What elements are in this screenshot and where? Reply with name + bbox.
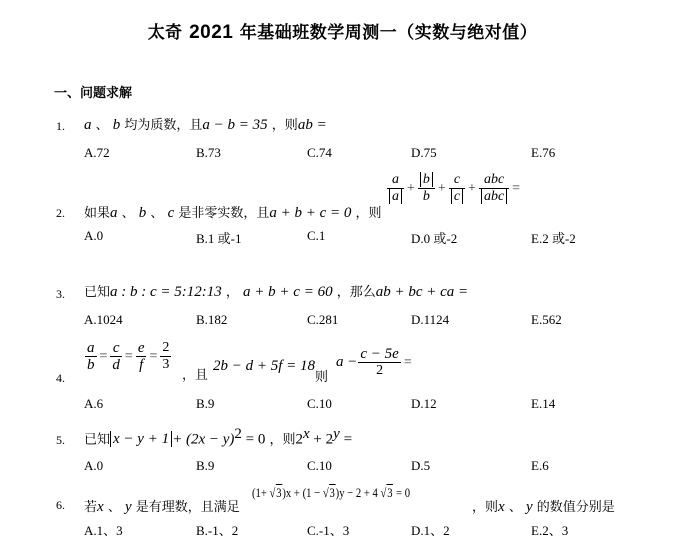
- question-ask: ab + bc + ca =: [376, 284, 468, 300]
- option-b[interactable]: B.182: [196, 312, 227, 328]
- option-b[interactable]: B.1 或-1: [196, 228, 242, 247]
- equals-sign: =: [149, 349, 157, 364]
- question-stem: a 、 b 均为质数，且a − b = 35 ，则ab =: [84, 114, 327, 134]
- stem-text: 已知: [84, 432, 110, 447]
- equals-sign: =: [125, 349, 133, 364]
- question-number: 5.: [56, 433, 65, 448]
- plus-sign: +: [468, 181, 476, 196]
- radicand: 3: [275, 484, 282, 500]
- exponent: 2: [234, 426, 242, 442]
- stem-text: ，则: [351, 206, 381, 221]
- numerator: a: [387, 172, 404, 189]
- fraction: ab: [85, 340, 97, 373]
- option-e[interactable]: E.76: [531, 145, 555, 161]
- denominator: 3: [160, 357, 171, 373]
- option-d[interactable]: D.0 或-2: [411, 228, 457, 247]
- option-b[interactable]: B.-1、2: [196, 520, 238, 539]
- option-e[interactable]: E.2、3: [531, 520, 568, 539]
- equation-part: = 0: [393, 485, 410, 500]
- separator: 、: [146, 206, 163, 221]
- var-y: y: [125, 499, 132, 515]
- fraction: ef: [136, 340, 147, 373]
- option-b[interactable]: B.9: [196, 396, 214, 412]
- question-ask: a −c − 5e2=: [336, 346, 414, 379]
- option-e[interactable]: E.14: [531, 396, 555, 412]
- question-number: 1.: [56, 119, 65, 134]
- equation: a + b + c = 0: [269, 205, 351, 221]
- option-c[interactable]: C.10: [307, 396, 332, 412]
- equation-part: (1+ √: [252, 485, 275, 500]
- exponent: y: [333, 426, 340, 442]
- var-a: a: [110, 205, 118, 221]
- equation-part: )x + (1 − √: [282, 485, 328, 500]
- options-6: A.1、3 B.-1、2 C.-1、3 D.1、2 E.2、3: [0, 520, 685, 538]
- option-a[interactable]: A.6: [84, 396, 103, 412]
- separator: 、: [92, 118, 109, 133]
- var-x: x: [97, 499, 104, 515]
- option-a[interactable]: A.72: [84, 145, 110, 161]
- stem-text: 的数值分别是: [533, 500, 615, 515]
- equals-sign: =: [100, 349, 108, 364]
- equation: + (2x − y): [172, 431, 234, 447]
- option-e[interactable]: E.2 或-2: [531, 228, 576, 247]
- stem-text: ，则: [265, 432, 295, 447]
- numerator: c − 5e: [358, 346, 400, 363]
- denominator: abc: [481, 189, 507, 204]
- equation: (1+ √3)x + (1 − √3)y − 2 + 4 √3 = 0: [252, 485, 410, 501]
- equation: 2b − d + 5f = 18: [213, 358, 315, 375]
- fraction: bb: [418, 172, 435, 205]
- document-title: 太奇 2021 年基础班数学周测一（实数与绝对值）: [0, 18, 685, 44]
- separator: 、: [118, 206, 135, 221]
- option-c[interactable]: C.1: [307, 228, 325, 244]
- numerator: e: [136, 340, 147, 357]
- question-number: 3.: [56, 287, 65, 302]
- separator: 、: [505, 500, 522, 515]
- separator: ，: [222, 285, 243, 300]
- denominator: 2: [358, 363, 400, 379]
- stem-text: 已知: [84, 285, 110, 300]
- title-prefix: 太奇: [148, 23, 189, 43]
- fraction: 23: [160, 340, 171, 373]
- question-stem: 若x 、 y 是有理数，且满足: [84, 496, 240, 516]
- option-d[interactable]: D.1124: [411, 312, 449, 328]
- question-number: 2.: [56, 206, 65, 221]
- var-a: a: [84, 117, 92, 133]
- separator: 、: [104, 500, 121, 515]
- stem-text: 是有理数，且满足: [132, 500, 240, 515]
- equation: a : b : c = 5:12:13: [110, 284, 222, 300]
- stem-text: ，且: [182, 364, 208, 383]
- option-d[interactable]: D.5: [411, 458, 430, 474]
- question-stem: 已知a : b : c = 5:12:13 ， a + b + c = 60 ，…: [84, 281, 468, 301]
- denominator: b: [418, 189, 435, 205]
- absolute-value: x − y + 1: [110, 431, 172, 447]
- option-c[interactable]: C.-1、3: [307, 520, 349, 539]
- options-4: A.6 B.9 C.10 D.12 E.14: [0, 396, 685, 414]
- numerator: a: [85, 340, 97, 357]
- stem-text: 是非零实数，且: [174, 206, 269, 221]
- fraction: cc: [449, 172, 465, 205]
- question-stem: 已知x − y + 1+ (2x − y)2 = 0 ，则2x + 2y =: [84, 426, 352, 448]
- stem-text: ，那么: [333, 285, 376, 300]
- var-y: y: [526, 499, 533, 515]
- equation: = 0: [242, 431, 265, 447]
- title-suffix: 年基础班数学周测一（实数与绝对值）: [233, 23, 537, 43]
- equation-part: )y − 2 + 4 √: [336, 485, 387, 500]
- option-a[interactable]: A.1024: [84, 312, 123, 328]
- denominator: f: [136, 357, 147, 373]
- question-stem: 如果a 、 b 、 c 是非零实数，且a + b + c = 0 ，则: [84, 202, 382, 222]
- equals-sign: =: [512, 181, 520, 196]
- option-e[interactable]: E.562: [531, 312, 562, 328]
- equation: a + b + c = 60: [243, 284, 333, 300]
- question-number: 6.: [56, 498, 65, 513]
- question-ask: ab =: [298, 117, 327, 133]
- option-d[interactable]: D.12: [411, 396, 437, 412]
- option-c[interactable]: C.74: [307, 145, 332, 161]
- stem-text: ，则: [268, 118, 298, 133]
- option-a[interactable]: A.1、3: [84, 520, 123, 539]
- ratio-expression: ab=cd=ef=23: [84, 340, 172, 373]
- numerator: abc: [479, 172, 509, 189]
- stem-text: 若: [84, 500, 97, 515]
- title-year: 2021: [189, 22, 233, 43]
- denominator: c: [451, 189, 463, 204]
- fraction: aa: [387, 172, 404, 205]
- radicand: 3: [329, 484, 336, 500]
- stem-text: 则: [315, 366, 328, 385]
- stem-text: 均为质数，且: [120, 118, 202, 133]
- option-b[interactable]: B.9: [196, 458, 214, 474]
- option-c[interactable]: C.281: [307, 312, 338, 328]
- stem-text: 如果: [84, 206, 110, 221]
- equation: a − b = 35: [202, 117, 267, 133]
- exponent: x: [303, 426, 310, 442]
- option-c[interactable]: C.10: [307, 458, 332, 474]
- question-number: 4.: [56, 371, 65, 386]
- numerator: c: [449, 172, 465, 189]
- option-a[interactable]: A.0: [84, 458, 103, 474]
- options-2: A.0 B.1 或-1 C.1 D.0 或-2 E.2 或-2: [0, 228, 685, 246]
- denominator: b: [85, 357, 97, 373]
- ask-term: a −: [336, 354, 357, 370]
- stem-text: ，则: [472, 500, 498, 515]
- plus-sign: +: [438, 181, 446, 196]
- question-ask: 2: [296, 431, 304, 447]
- numerator: 2: [160, 340, 171, 357]
- option-d[interactable]: D.75: [411, 145, 437, 161]
- var-x: x: [498, 499, 505, 515]
- question-ask: ，则x 、 y 的数值分别是: [472, 496, 615, 516]
- section-heading: 一、问题求解: [54, 82, 132, 101]
- equals-sign: =: [340, 431, 352, 447]
- fraction-expression: aa+bb+cc+abcabc=: [386, 172, 522, 205]
- option-e[interactable]: E.6: [531, 458, 549, 474]
- options-3: A.1024 B.182 C.281 D.1124 E.562: [0, 312, 685, 330]
- option-a[interactable]: A.0: [84, 228, 103, 244]
- numerator: b: [420, 172, 433, 187]
- question-ask: + 2: [310, 431, 333, 447]
- options-5: A.0 B.9 C.10 D.5 E.6: [0, 458, 685, 476]
- fraction: cd: [110, 340, 122, 373]
- fraction: abcabc: [479, 172, 509, 205]
- denominator: d: [110, 357, 122, 373]
- equals-sign: =: [404, 355, 412, 370]
- fraction: c − 5e2: [358, 346, 400, 379]
- plus-sign: +: [407, 181, 415, 196]
- option-b[interactable]: B.73: [196, 145, 221, 161]
- numerator: c: [110, 340, 122, 357]
- denominator: a: [389, 189, 402, 204]
- option-d[interactable]: D.1、2: [411, 520, 450, 539]
- options-1: A.72 B.73 C.74 D.75 E.76: [0, 145, 685, 163]
